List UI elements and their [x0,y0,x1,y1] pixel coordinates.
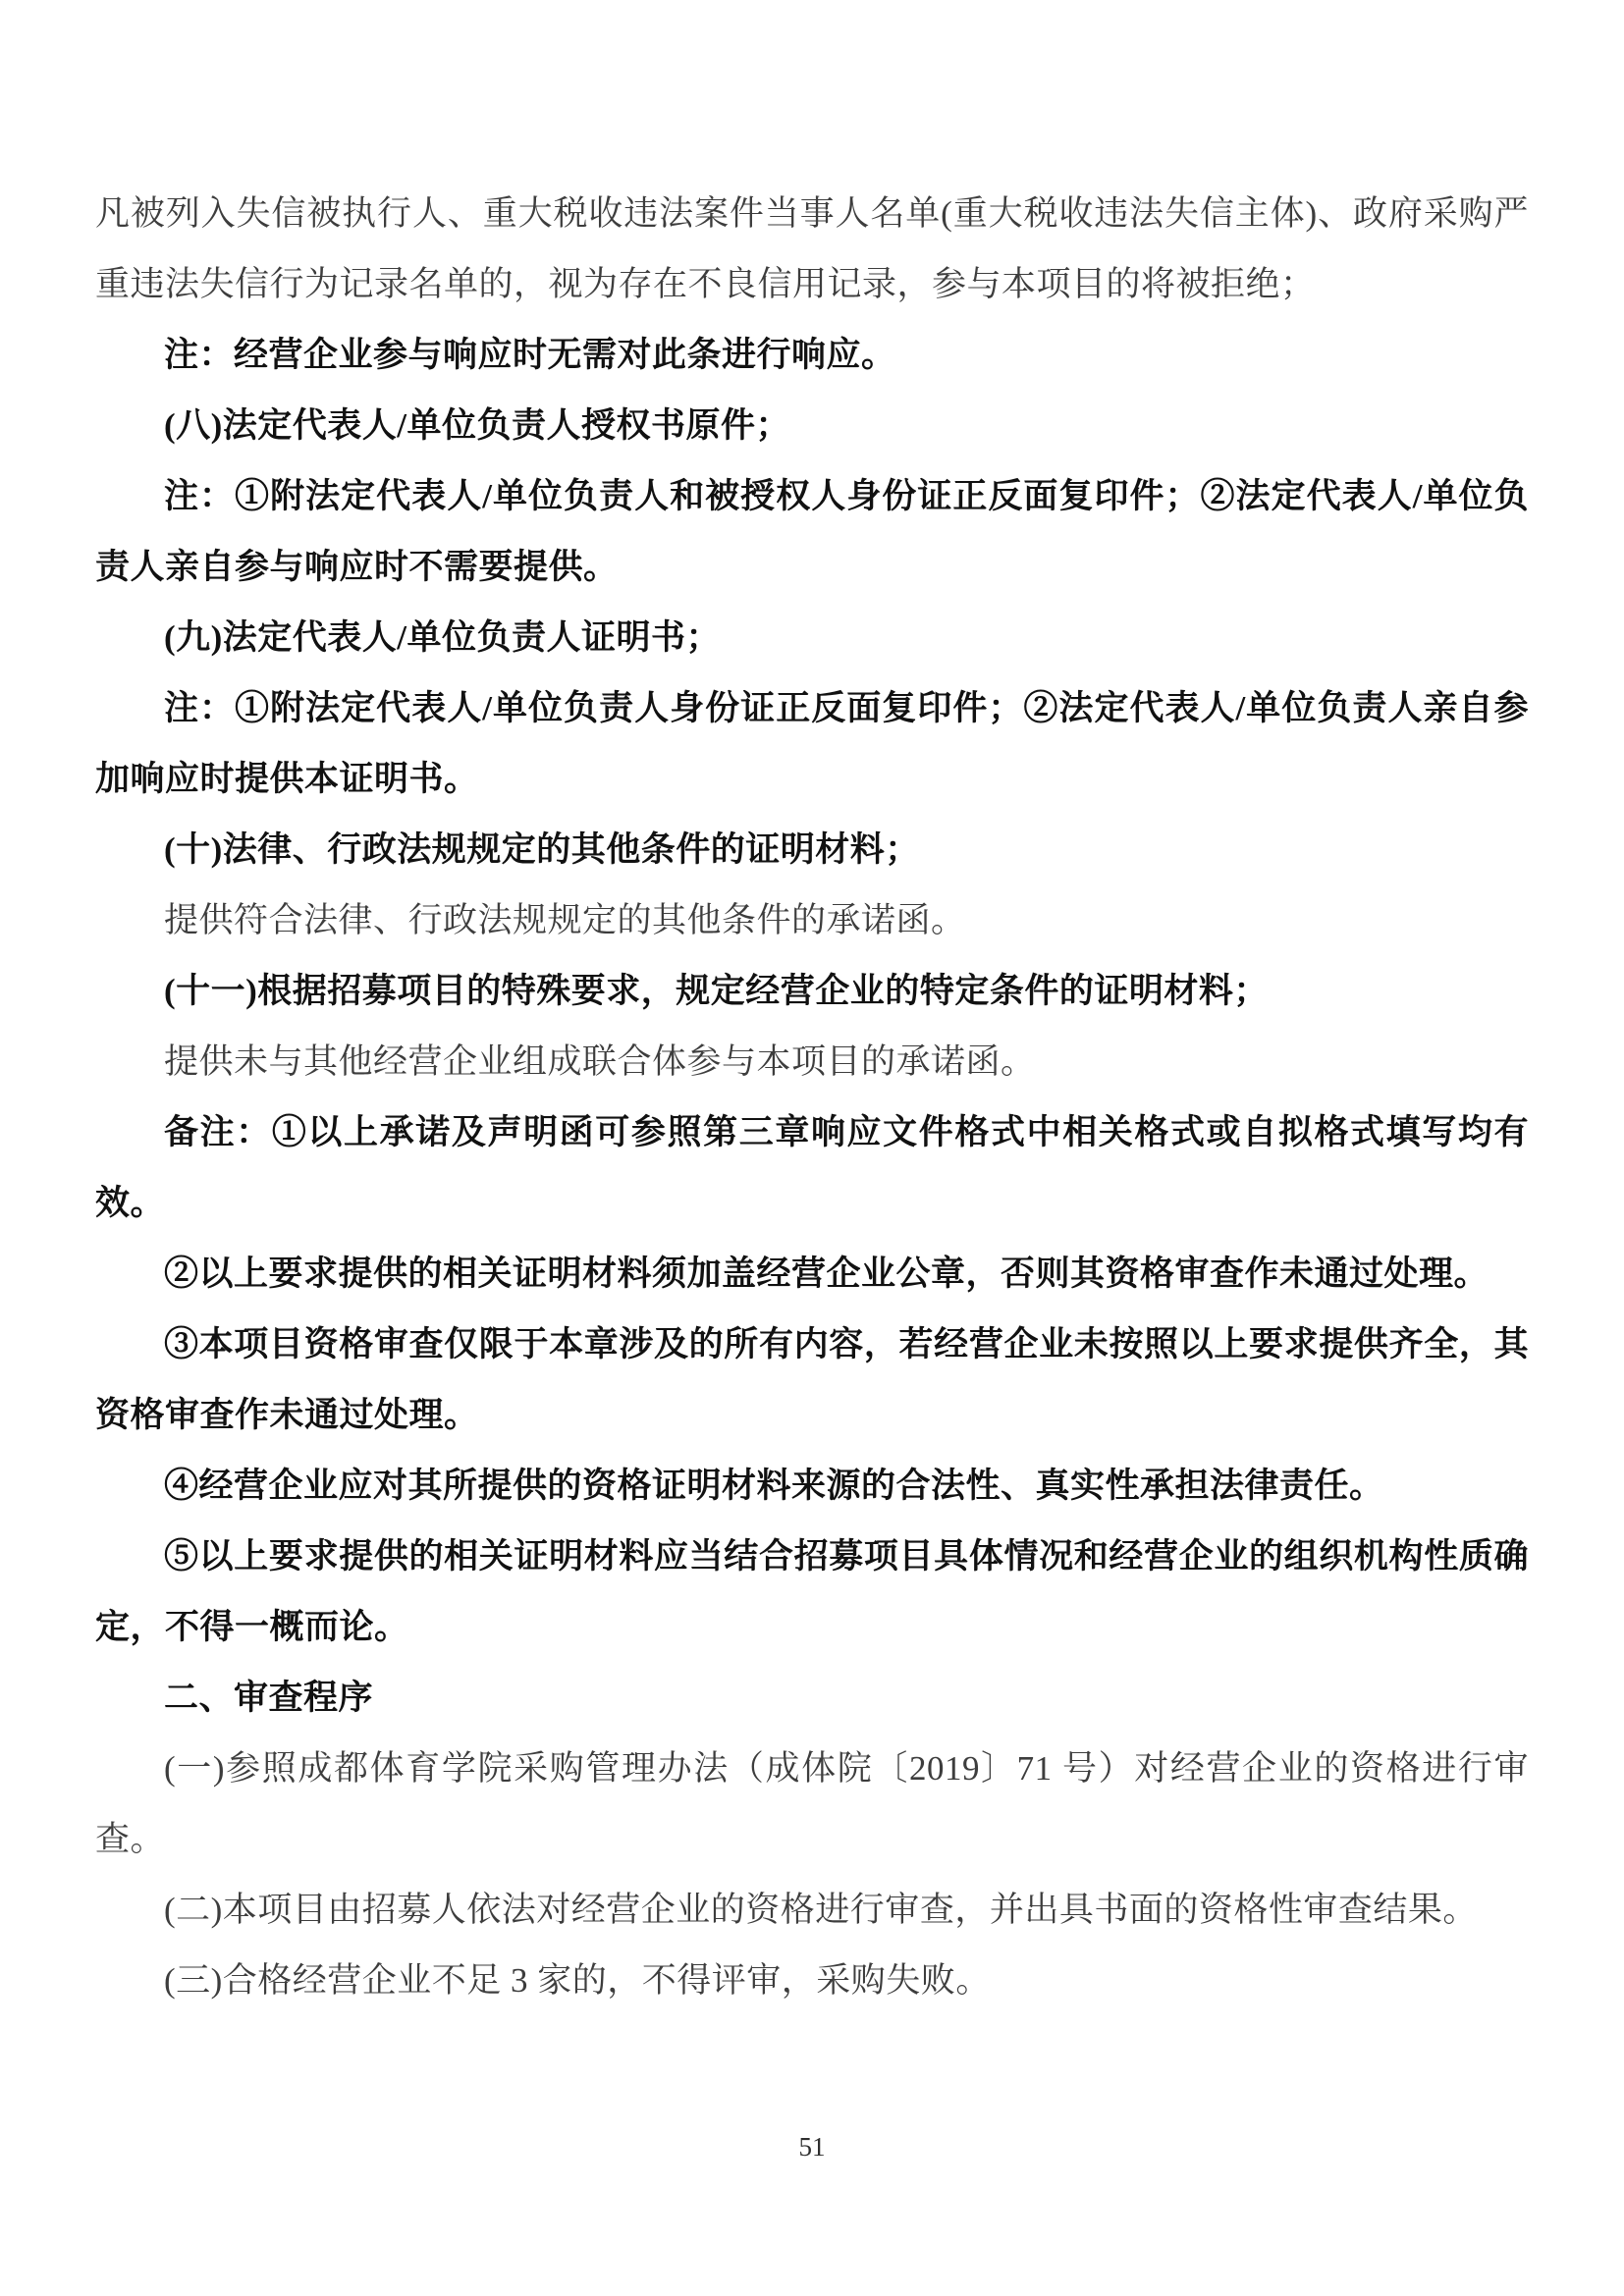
paragraph-remark-3: ③本项目资格审查仅限于本章涉及的所有内容，若经营企业未按照以上要求提供齐全，其资… [95,1309,1529,1451]
paragraph-item-10-detail: 提供符合法律、行政法规规定的其他条件的承诺函。 [95,885,1529,956]
paragraph-note-item-9: 注：①附法定代表人/单位负责人身份证正反面复印件；②法定代表人/单位负责人亲自参… [95,673,1529,815]
section-heading-review-procedure: 二、审查程序 [95,1663,1529,1734]
paragraph-remark-2: ②以上要求提供的相关证明材料须加盖经营企业公章，否则其资格审查作未通过处理。 [95,1239,1529,1309]
paragraph-procedure-1: (一)参照成都体育学院采购管理办法（成体院〔2019〕71 号）对经营企业的资格… [95,1734,1529,1875]
paragraph-item-10-legal-materials: (十)法律、行政法规规定的其他条件的证明材料； [95,815,1529,885]
paragraph-item-8-authorization: (八)法定代表人/单位负责人授权书原件； [95,391,1529,461]
paragraph-note-no-response: 注：经营企业参与响应时无需对此条进行响应。 [95,320,1529,391]
paragraph-credit-record-clause: 凡被列入失信被执行人、重大税收违法案件当事人名单(重大税收违法失信主体)、政府采… [95,179,1529,320]
document-body: 凡被列入失信被执行人、重大税收违法案件当事人名单(重大税收违法失信主体)、政府采… [95,179,1529,2016]
page-number: 51 [0,2132,1624,2163]
paragraph-procedure-2: (二)本项目由招募人依法对经营企业的资格进行审查，并出具书面的资格性审查结果。 [95,1875,1529,1946]
paragraph-note-item-8: 注：①附法定代表人/单位负责人和被授权人身份证正反面复印件；②法定代表人/单位负… [95,461,1529,603]
paragraph-remark-1: 备注：①以上承诺及声明函可参照第三章响应文件格式中相关格式或自拟格式填写均有效。 [95,1097,1529,1239]
paragraph-item-11-detail: 提供未与其他经营企业组成联合体参与本项目的承诺函。 [95,1027,1529,1097]
paragraph-remark-5: ⑤以上要求提供的相关证明材料应当结合招募项目具体情况和经营企业的组织机构性质确定… [95,1522,1529,1663]
document-page: 凡被列入失信被执行人、重大税收违法案件当事人名单(重大税收违法失信主体)、政府采… [0,0,1624,2296]
paragraph-item-9-certificate: (九)法定代表人/单位负责人证明书； [95,603,1529,673]
paragraph-procedure-3: (三)合格经营企业不足 3 家的，不得评审，采购失败。 [95,1946,1529,2016]
paragraph-remark-4: ④经营企业应对其所提供的资格证明材料来源的合法性、真实性承担法律责任。 [95,1451,1529,1522]
paragraph-item-11-special-materials: (十一)根据招募项目的特殊要求，规定经营企业的特定条件的证明材料； [95,956,1529,1027]
